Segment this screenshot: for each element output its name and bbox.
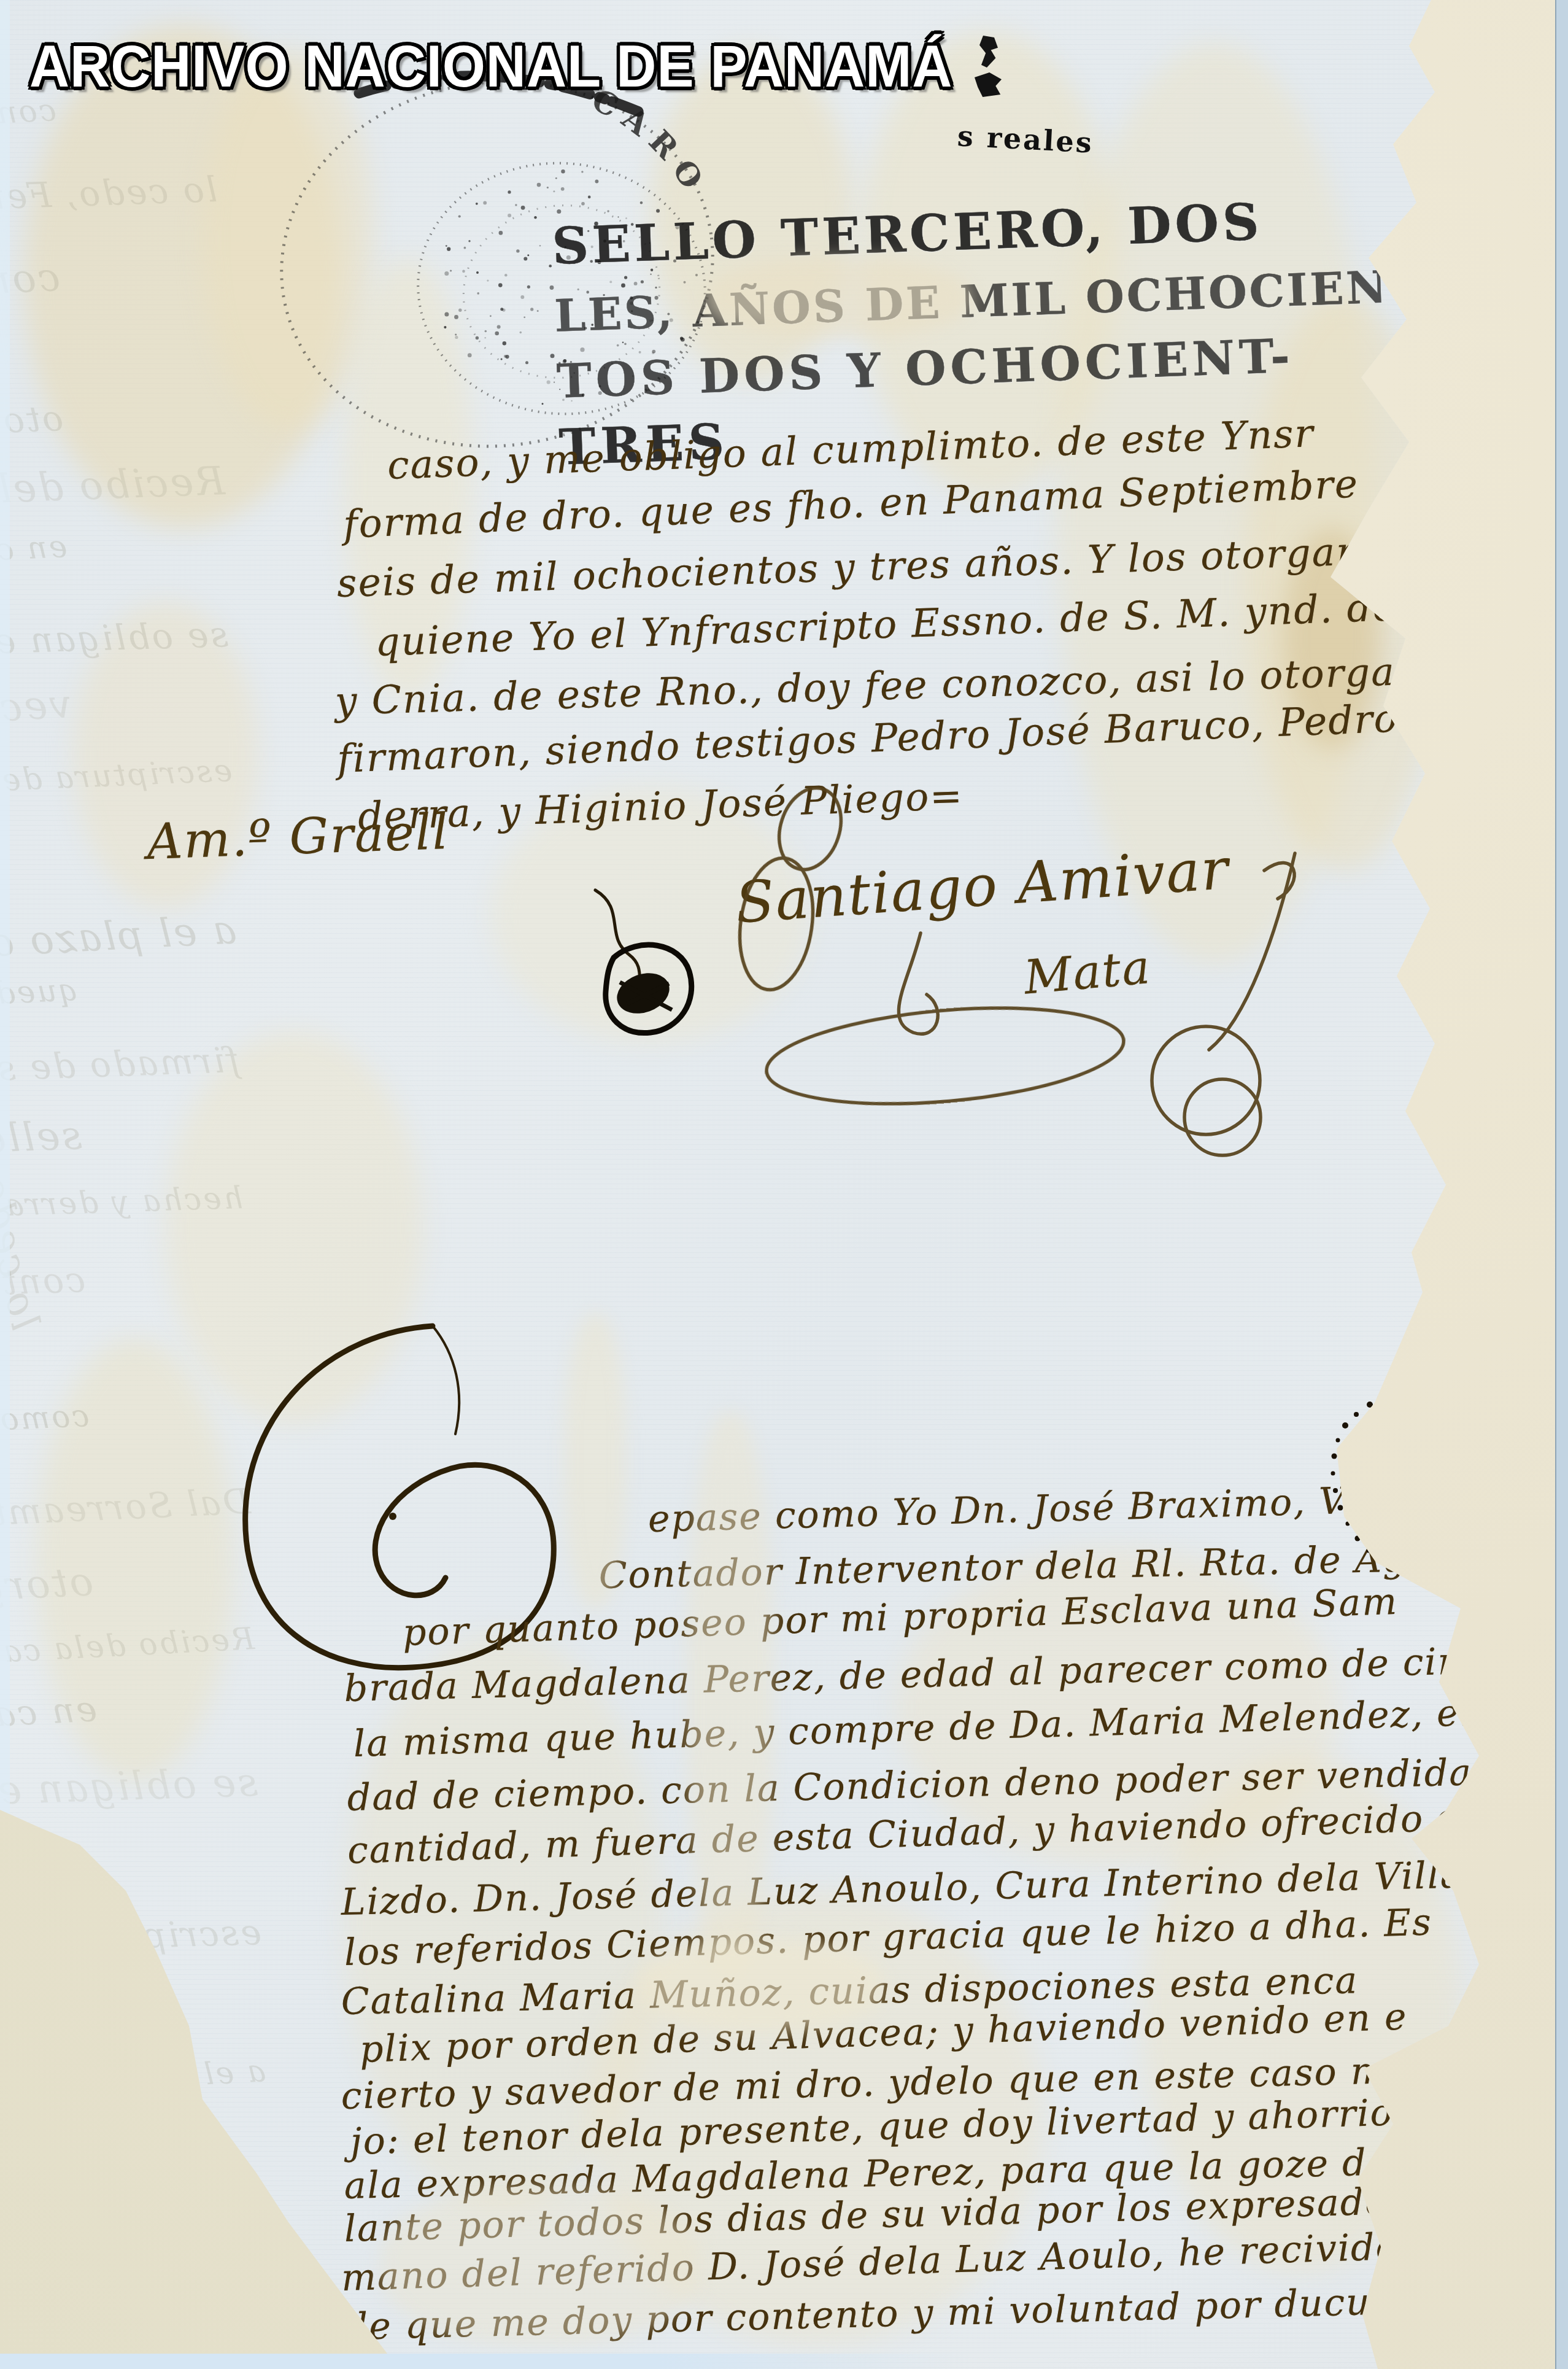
ghost-text-line: firmado de su mano [0,2201,270,2263]
scan-edge-left [0,0,10,2369]
scan-edge-right [1555,0,1568,2369]
stain-wash [380,2185,700,2345]
reales-printed-fragment: s reales [957,119,1094,160]
ghost-text-line: quedando la escra. [0,2129,109,2191]
stain-wash [687,1412,773,1977]
ghost-text-line: mrds que se expresan [0,1994,106,2064]
ghost-text-line: se obligan en forma [0,1760,258,1819]
signature-flourish [724,761,1326,1240]
stain-wash [565,1314,626,1608]
ghost-text-line: a el plazo ofrecido [0,2053,266,2107]
scanned-document-page: { "banner": { "text": "ARCHIVO NACIONAL … [0,0,1568,2369]
stain-wash [706,258,970,338]
ghost-text-line: escriptura de venta [0,1912,262,1964]
initial-letter-S [0,0,614,1719]
archive-banner: ARCHIVO NACIONAL DE PANAMÁ [29,32,952,101]
scan-edge-bottom [0,2354,970,2369]
stain-wash [638,1940,884,2032]
burnt-edge-speckles [1313,1394,1405,1565]
document-paper: contenimos a cargo de pagarlo cedo, Fern… [0,0,1568,2369]
